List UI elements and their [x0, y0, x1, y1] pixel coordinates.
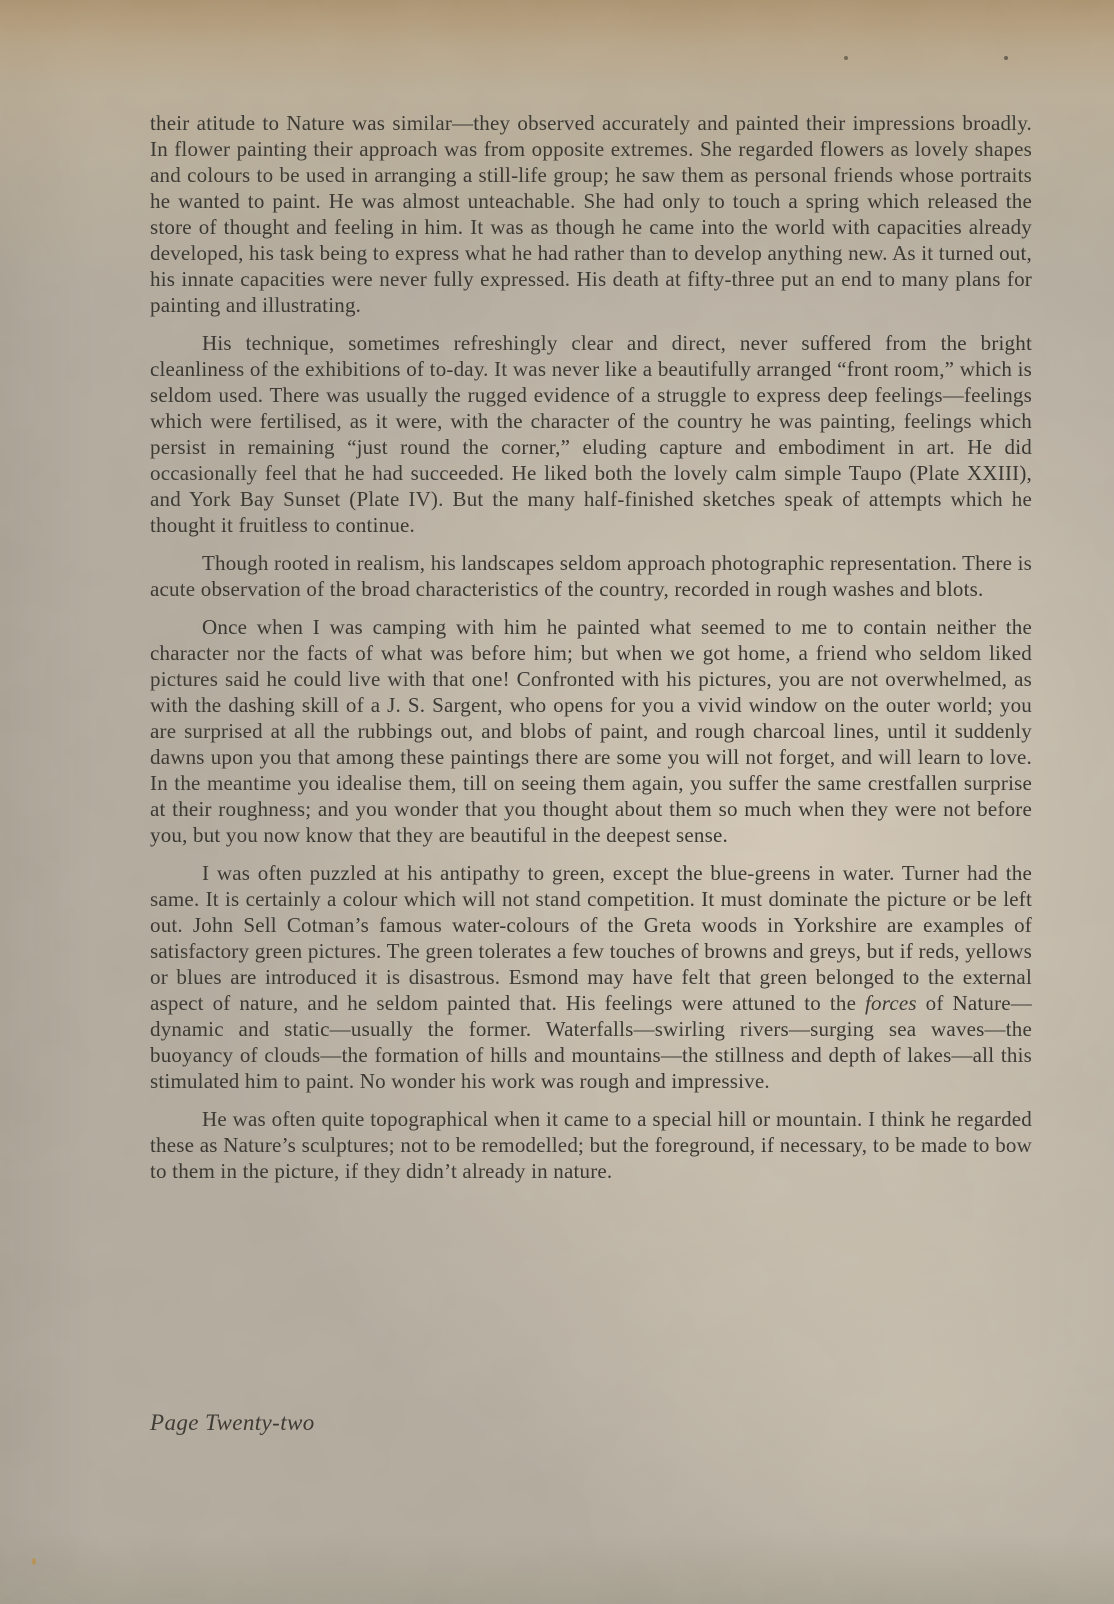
paragraph: their atitude to Nature was similar—they… [150, 110, 1032, 318]
paragraph: His technique, sometimes refreshingly cl… [150, 330, 1032, 538]
paragraph: I was often puzzled at his antipathy to … [150, 860, 1032, 1094]
paper-speck [1004, 56, 1008, 60]
book-page-scan: { "page": { "footer_label": "Page Twenty… [0, 0, 1114, 1604]
paper-speck [32, 1558, 36, 1565]
body-text-column: their atitude to Nature was similar—they… [150, 110, 1032, 1196]
paragraph: He was often quite topographical when it… [150, 1106, 1032, 1184]
italicised-word: forces [865, 991, 917, 1015]
paper-speck [844, 56, 848, 60]
paragraph: Though rooted in realism, his landscapes… [150, 550, 1032, 602]
paragraph: Once when I was camping with him he pain… [150, 614, 1032, 848]
page-number: Page Twenty-two [150, 1410, 315, 1436]
